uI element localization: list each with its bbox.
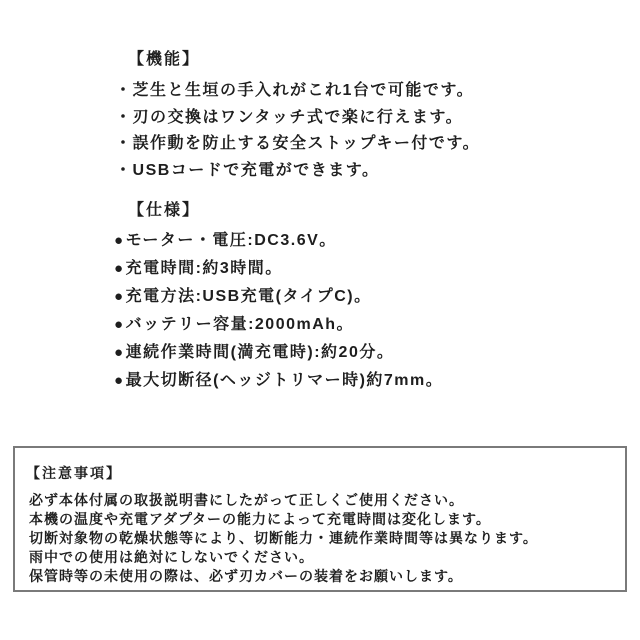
spec-text: バッテリー容量:2000mAh。 bbox=[126, 316, 354, 333]
dot-bullet-icon: ・ bbox=[115, 131, 133, 158]
features-section: 【機能】 ・芝生と生垣の手入れがこれ1台で可能です。 ・刃の交換はワンタッチ式で… bbox=[115, 46, 480, 184]
spec-item: ●バッテリー容量:2000mAh。 bbox=[114, 311, 443, 339]
spec-text: モーター・電圧:DC3.6V。 bbox=[126, 232, 337, 249]
feature-item: ・USBコードで充電ができます。 bbox=[115, 158, 480, 185]
dot-bullet-icon: ・ bbox=[115, 105, 133, 132]
dot-bullet-icon: ・ bbox=[115, 158, 133, 185]
notes-heading: 【注意事項】 bbox=[26, 463, 615, 483]
circle-bullet-icon: ● bbox=[114, 255, 125, 283]
spec-text: 連続作業時間(満充電時):約20分。 bbox=[126, 344, 395, 361]
circle-bullet-icon: ● bbox=[114, 227, 125, 255]
features-heading: 【機能】 bbox=[128, 46, 480, 69]
feature-text: 誤作動を防止する安全ストップキー付です。 bbox=[133, 135, 481, 152]
note-item: 雨中での使用は絶対にしないでください。 bbox=[29, 548, 615, 567]
specs-section: 【仕様】 ●モーター・電圧:DC3.6V。 ●充電時間:約3時間。 ●充電方法:… bbox=[114, 197, 443, 395]
spec-text: 充電時間:約3時間。 bbox=[126, 260, 283, 277]
feature-item: ・刃の交換はワンタッチ式で楽に行えます。 bbox=[115, 105, 480, 132]
feature-item: ・芝生と生垣の手入れがこれ1台で可能です。 bbox=[115, 78, 480, 105]
feature-item: ・誤作動を防止する安全ストップキー付です。 bbox=[115, 131, 480, 158]
circle-bullet-icon: ● bbox=[114, 283, 125, 311]
dot-bullet-icon: ・ bbox=[115, 78, 133, 105]
spec-text: 最大切断径(ヘッジトリマー時)約7mm。 bbox=[126, 372, 444, 389]
spec-item: ●最大切断径(ヘッジトリマー時)約7mm。 bbox=[114, 367, 443, 395]
circle-bullet-icon: ● bbox=[114, 367, 125, 395]
spec-text: 充電方法:USB充電(タイプC)。 bbox=[126, 288, 372, 305]
circle-bullet-icon: ● bbox=[114, 339, 125, 367]
note-item: 必ず本体付属の取扱説明書にしたがって正しくご使用ください。 bbox=[29, 491, 615, 510]
spec-item: ●充電方法:USB充電(タイプC)。 bbox=[114, 283, 443, 311]
spec-item: ●モーター・電圧:DC3.6V。 bbox=[114, 227, 443, 255]
note-item: 本機の温度や充電アダプターの能力によって充電時間は変化します。 bbox=[29, 510, 615, 529]
feature-text: USBコードで充電ができます。 bbox=[133, 162, 380, 179]
specs-heading: 【仕様】 bbox=[128, 197, 443, 220]
spec-item: ●充電時間:約3時間。 bbox=[114, 255, 443, 283]
features-list: ・芝生と生垣の手入れがこれ1台で可能です。 ・刃の交換はワンタッチ式で楽に行えま… bbox=[115, 78, 480, 184]
feature-text: 芝生と生垣の手入れがこれ1台で可能です。 bbox=[133, 82, 475, 99]
circle-bullet-icon: ● bbox=[114, 311, 125, 339]
notes-list: 必ず本体付属の取扱説明書にしたがって正しくご使用ください。 本機の温度や充電アダ… bbox=[29, 491, 615, 586]
specs-list: ●モーター・電圧:DC3.6V。 ●充電時間:約3時間。 ●充電方法:USB充電… bbox=[114, 227, 443, 395]
feature-text: 刃の交換はワンタッチ式で楽に行えます。 bbox=[133, 109, 464, 126]
note-item: 切断対象物の乾燥状態等により、切断能力・連続作業時間等は異なります。 bbox=[29, 529, 615, 548]
spec-item: ●連続作業時間(満充電時):約20分。 bbox=[114, 339, 443, 367]
notes-box: 【注意事項】 必ず本体付属の取扱説明書にしたがって正しくご使用ください。 本機の… bbox=[13, 446, 627, 592]
note-item: 保管時等の未使用の際は、必ず刃カバーの装着をお願いします。 bbox=[29, 567, 615, 586]
